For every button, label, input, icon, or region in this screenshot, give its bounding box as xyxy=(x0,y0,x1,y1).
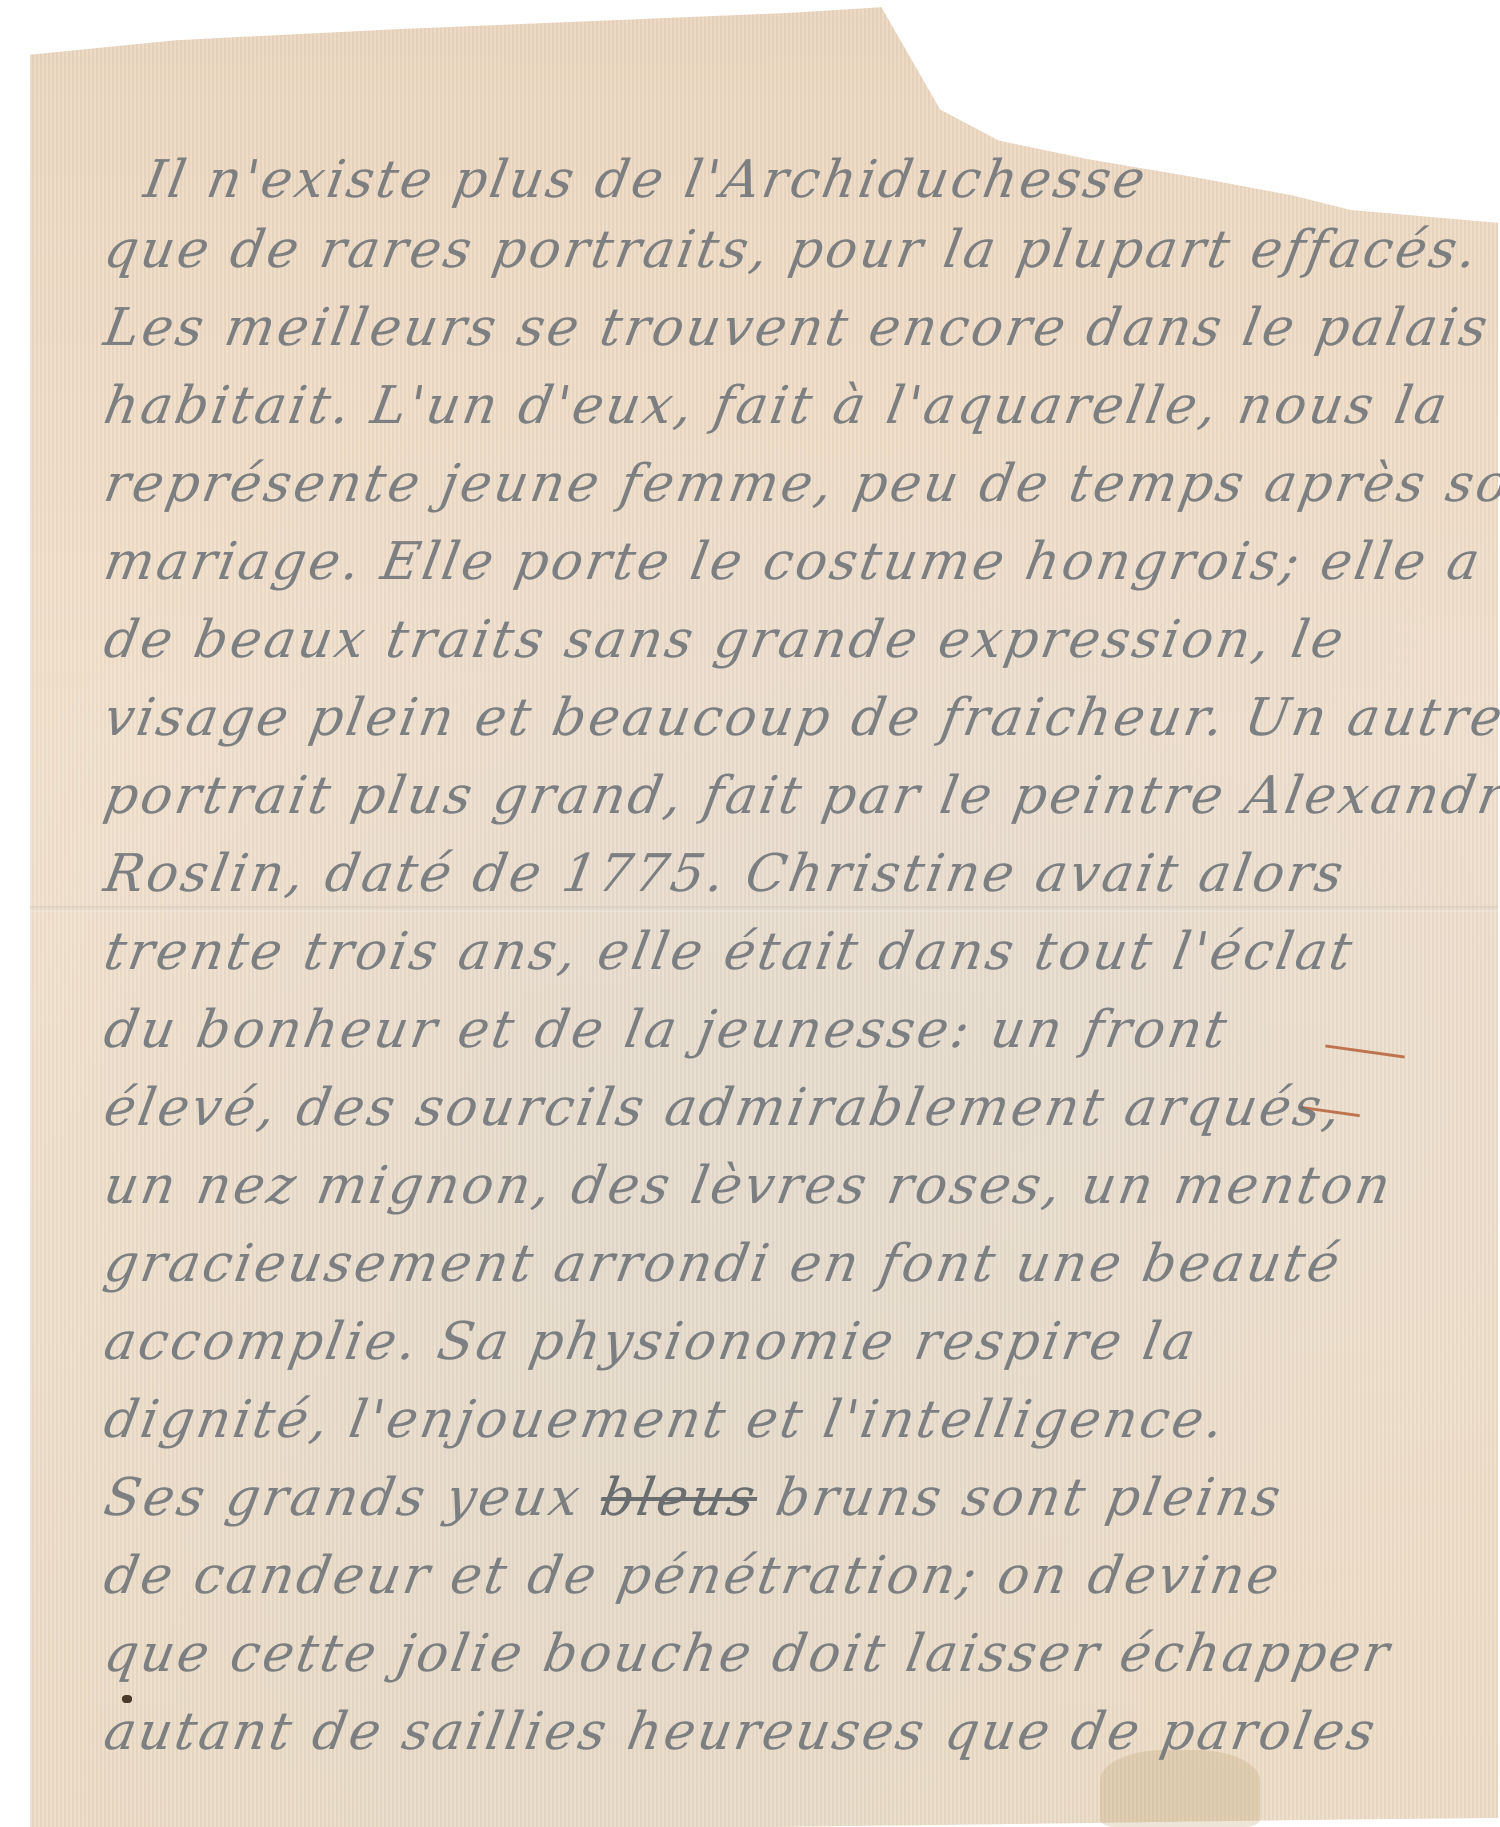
manuscript-line: Ses grands yeux bleus bruns sont pleins xyxy=(100,1468,1288,1528)
manuscript-line: que de rares portraits, pour la plupart … xyxy=(100,220,1484,280)
manuscript-line: de candeur et de pénétration; on devine xyxy=(100,1546,1287,1606)
manuscript-line: Il n'existe plus de l'Archiduchesse xyxy=(140,150,1153,210)
paper-fold-crease xyxy=(30,906,1498,912)
manuscript-line: dignité, l'enjouement et l'intelligence. xyxy=(100,1390,1231,1450)
manuscript-line: que cette jolie bouche doit laisser écha… xyxy=(100,1624,1397,1684)
manuscript-line: mariage. Elle porte le costume hongrois;… xyxy=(100,532,1487,592)
line-text: Ses grands yeux xyxy=(100,1468,607,1528)
manuscript-line: représente jeune femme, peu de temps apr… xyxy=(100,454,1500,514)
manuscript-line: élevé, des sourcils admirablement arqués… xyxy=(100,1078,1349,1138)
manuscript-line: de beaux traits sans grande expression, … xyxy=(100,610,1351,670)
struck-word: bleus xyxy=(596,1468,762,1528)
manuscript-line: portrait plus grand, fait par le peintre… xyxy=(100,766,1500,826)
manuscript-line: un nez mignon, des lèvres roses, un ment… xyxy=(100,1156,1398,1216)
manuscript-line: trente trois ans, elle était dans tout l… xyxy=(100,922,1359,982)
manuscript-line: autant de saillies heureuses que de paro… xyxy=(100,1702,1382,1762)
manuscript-line: visage plein et beaucoup de fraicheur. U… xyxy=(100,688,1500,748)
manuscript-line: du bonheur et de la jeunesse: un front xyxy=(100,1000,1234,1060)
manuscript-line: habitait. L'un d'eux, fait à l'aquarelle… xyxy=(100,376,1454,436)
manuscript-line: gracieusement arrondi en font une beauté xyxy=(100,1234,1347,1294)
manuscript-line: Roslin, daté de 1775. Christine avait al… xyxy=(100,844,1351,904)
line-text: bruns sont pleins xyxy=(752,1468,1288,1528)
manuscript-line: Les meilleurs se trouvent encore dans le… xyxy=(100,298,1500,358)
manuscript-line: accomplie. Sa physionomie respire la xyxy=(100,1312,1203,1372)
